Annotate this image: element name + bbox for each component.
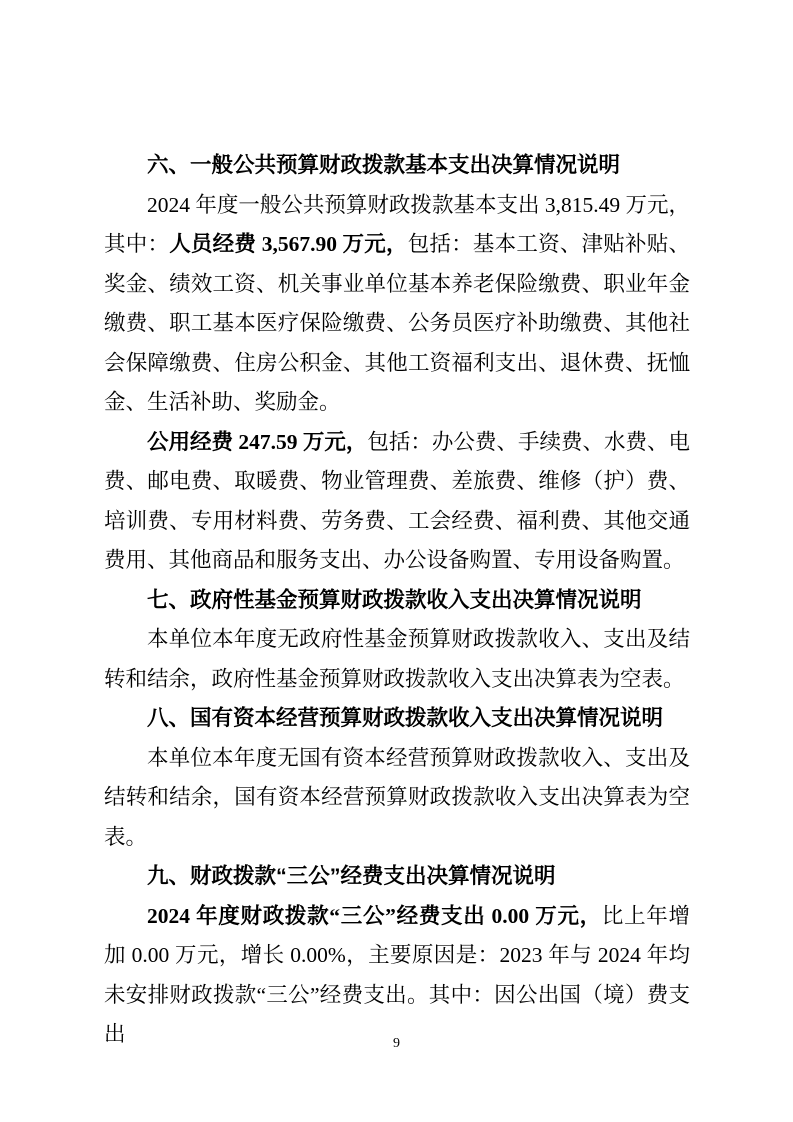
text-run: 六、一般公共预算财政拨款基本支出决算情况说明: [147, 153, 620, 177]
text-run: 本单位本年度无政府性基金预算财政拨款收入、支出及结转和结余，政府性基金预算财政拨…: [104, 627, 690, 691]
paragraph: 2024 年度财政拨款“三公”经费支出 0.00 万元，比上年增加 0.00 万…: [104, 897, 690, 1055]
paragraph: 2024 年度一般公共预算财政拨款基本支出 3,815.49 万元，其中：人员经…: [104, 186, 690, 423]
document-page: 六、一般公共预算财政拨款基本支出决算情况说明2024 年度一般公共预算财政拨款基…: [0, 0, 793, 1122]
paragraph: 本单位本年度无国有资本经营预算财政拨款收入、支出及结转和结余，国有资本经营预算财…: [104, 739, 690, 858]
page-number: 9: [0, 1036, 793, 1052]
section-heading: 九、财政拨款“三公”经费支出决算情况说明: [104, 857, 690, 897]
text-run: 九、财政拨款“三公”经费支出决算情况说明: [147, 864, 556, 888]
section-heading: 六、一般公共预算财政拨款基本支出决算情况说明: [104, 146, 690, 186]
section-heading: 八、国有资本经营预算财政拨款收入支出决算情况说明: [104, 699, 690, 739]
text-run: 2024 年度财政拨款“三公”经费支出 0.00 万元，: [147, 904, 602, 928]
text-run: 七、政府性基金预算财政拨款收入支出决算情况说明: [147, 588, 642, 612]
text-run: 公用经费 247.59 万元，: [147, 430, 367, 454]
section-heading: 七、政府性基金预算财政拨款收入支出决算情况说明: [104, 581, 690, 621]
text-run: 人员经费 3,567.90 万元，: [169, 232, 408, 256]
text-run: 本单位本年度无国有资本经营预算财政拨款收入、支出及结转和结余，国有资本经营预算财…: [104, 746, 690, 849]
text-run: 八、国有资本经营预算财政拨款收入支出决算情况说明: [147, 706, 663, 730]
document-body: 六、一般公共预算财政拨款基本支出决算情况说明2024 年度一般公共预算财政拨款基…: [104, 146, 690, 1055]
paragraph: 公用经费 247.59 万元，包括：办公费、手续费、水费、电费、邮电费、取暖费、…: [104, 423, 690, 581]
paragraph: 本单位本年度无政府性基金预算财政拨款收入、支出及结转和结余，政府性基金预算财政拨…: [104, 620, 690, 699]
text-run: 包括：基本工资、津贴补贴、奖金、绩效工资、机关事业单位基本养老保险缴费、职业年金…: [104, 232, 690, 414]
